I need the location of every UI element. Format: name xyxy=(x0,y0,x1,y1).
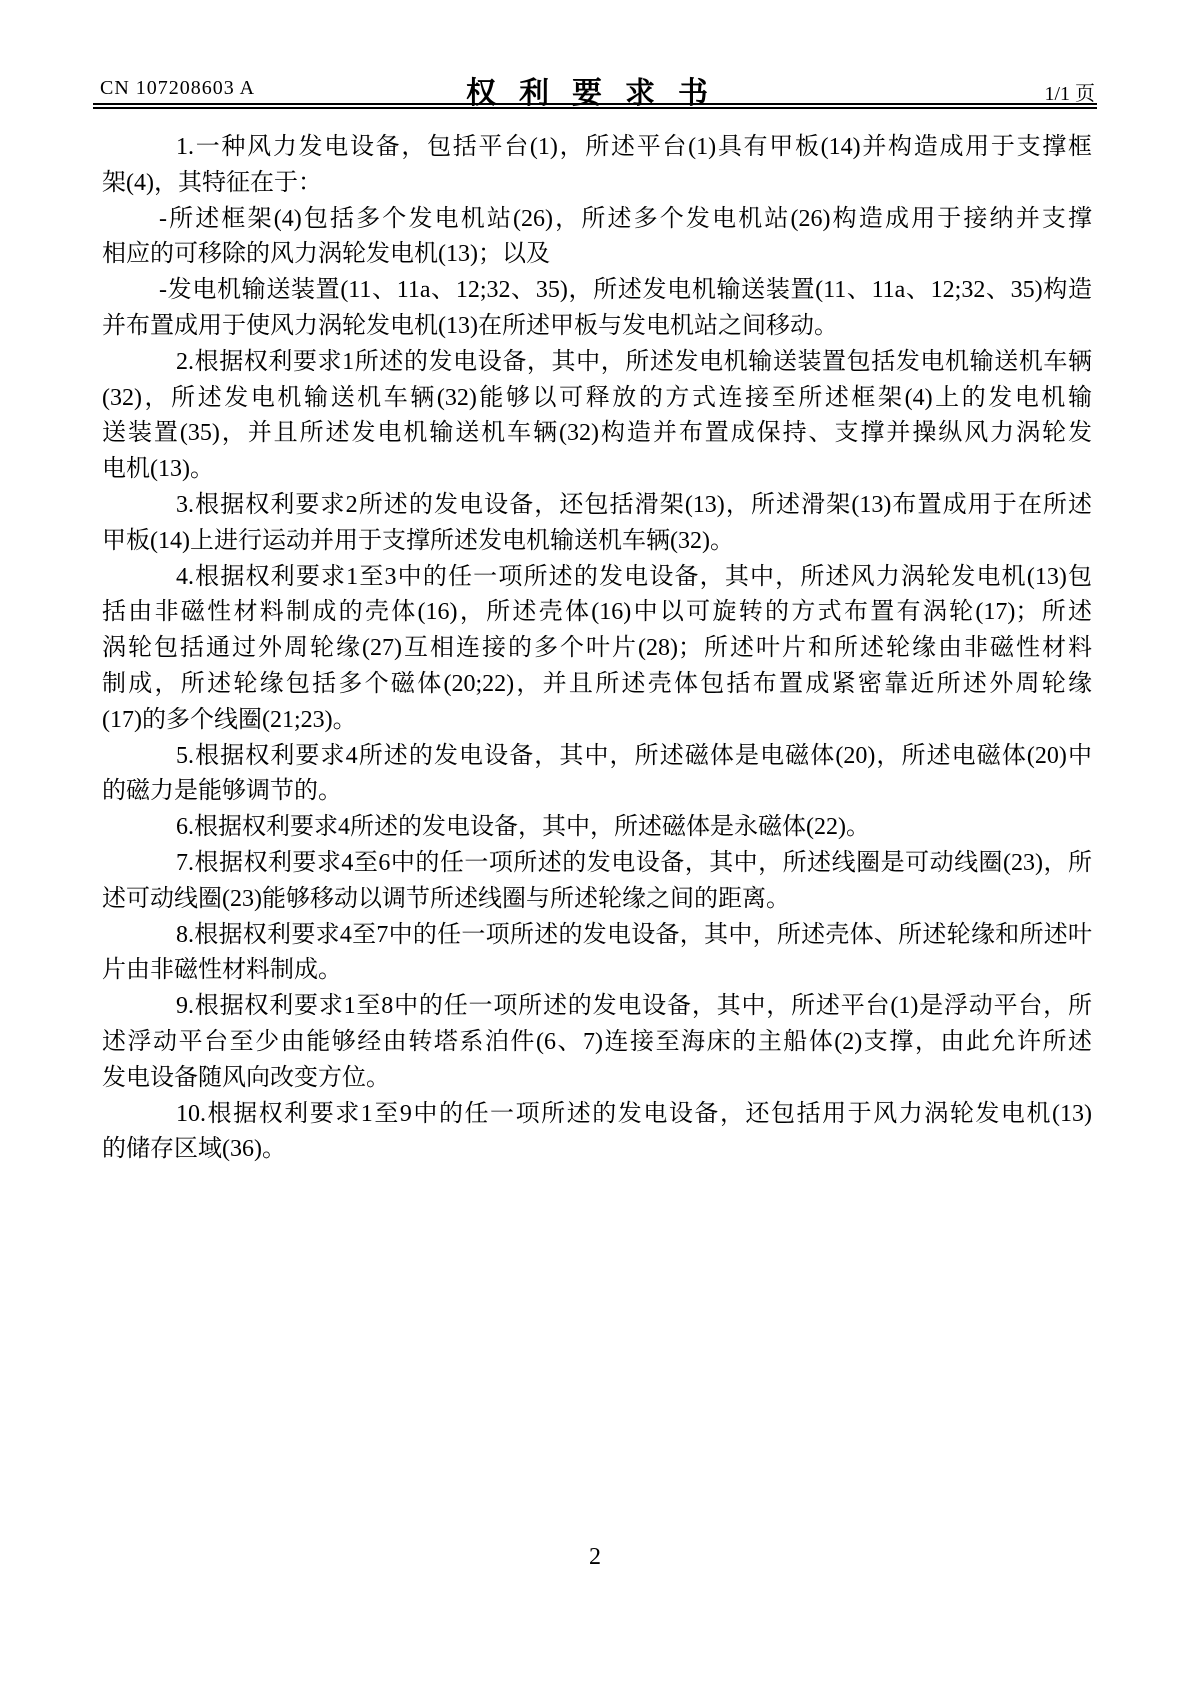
claim-line: 架(4)，其特征在于： xyxy=(102,166,1092,202)
claim-line: 的磁力是能够调节的。 xyxy=(102,774,1092,810)
claim-line: 5.根据权利要求4所述的发电设备，其中，所述磁体是电磁体(20)，所述电磁体(2… xyxy=(102,739,1092,775)
claim-line: 2.根据权利要求1所述的发电设备，其中，所述发电机输送装置包括发电机输送机车辆 xyxy=(102,345,1092,381)
claim-line: 3.根据权利要求2所述的发电设备，还包括滑架(13)，所述滑架(13)布置成用于… xyxy=(102,488,1092,524)
claim-line: 发电设备随风向改变方位。 xyxy=(102,1061,1092,1097)
claim-line: (17)的多个线圈(21;23)。 xyxy=(102,703,1092,739)
claim-line: 8.根据权利要求4至7中的任一项所述的发电设备，其中，所述壳体、所述轮缘和所述叶 xyxy=(102,918,1092,954)
claim-line: 4.根据权利要求1至3中的任一项所述的发电设备，其中，所述风力涡轮发电机(13)… xyxy=(102,560,1092,596)
claim-line: 7.根据权利要求4至6中的任一项所述的发电设备，其中，所述线圈是可动线圈(23)… xyxy=(102,846,1092,882)
claim-line: 9.根据权利要求1至8中的任一项所述的发电设备，其中，所述平台(1)是浮动平台，… xyxy=(102,989,1092,1025)
claim-line: 述可动线圈(23)能够移动以调节所述线圈与所述轮缘之间的距离。 xyxy=(102,882,1092,918)
page-footer: 2 xyxy=(0,1544,1190,1571)
doc-number: CN 107208603 A xyxy=(100,77,255,100)
claim-line: 的储存区域(36)。 xyxy=(102,1132,1092,1168)
claim-line: 10.根据权利要求1至9中的任一项所述的发电设备，还包括用于风力涡轮发电机(13… xyxy=(102,1097,1092,1133)
claim-line: -发电机输送装置(11、11a、12;32、35)，所述发电机输送装置(11、1… xyxy=(102,273,1092,309)
claim-line: 制成，所述轮缘包括多个磁体(20;22)，并且所述壳体包括布置成紧密靠近所述外周… xyxy=(102,667,1092,703)
header-divider xyxy=(93,103,1097,109)
claim-line: 括由非磁性材料制成的壳体(16)，所述壳体(16)中以可旋转的方式布置有涡轮(1… xyxy=(102,595,1092,631)
claim-line: (32)，所述发电机输送机车辆(32)能够以可释放的方式连接至所述框架(4)上的… xyxy=(102,381,1092,417)
page-number: 2 xyxy=(589,1544,601,1570)
claim-line: 甲板(14)上进行运动并用于支撑所述发电机输送机车辆(32)。 xyxy=(102,524,1092,560)
claim-line: 相应的可移除的风力涡轮发电机(13)；以及 xyxy=(102,237,1092,273)
claims-body: 1.一种风力发电设备，包括平台(1)，所述平台(1)具有甲板(14)并构造成用于… xyxy=(102,130,1092,1168)
claim-line: 并布置成用于使风力涡轮发电机(13)在所述甲板与发电机站之间移动。 xyxy=(102,309,1092,345)
claim-line: -所述框架(4)包括多个发电机站(26)，所述多个发电机站(26)构造成用于接纳… xyxy=(102,202,1092,238)
patent-claims-page: CN 107208603 A 权利要求书 1/1 页 1.一种风力发电设备，包括… xyxy=(0,0,1190,1684)
claim-line: 片由非磁性材料制成。 xyxy=(102,953,1092,989)
page-header: CN 107208603 A 权利要求书 1/1 页 xyxy=(100,68,1095,104)
claim-line: 1.一种风力发电设备，包括平台(1)，所述平台(1)具有甲板(14)并构造成用于… xyxy=(102,130,1092,166)
claim-line: 涡轮包括通过外周轮缘(27)互相连接的多个叶片(28)；所述叶片和所述轮缘由非磁… xyxy=(102,631,1092,667)
claim-line: 送装置(35)，并且所述发电机输送机车辆(32)构造并布置成保持、支撑并操纵风力… xyxy=(102,416,1092,452)
claim-line: 电机(13)。 xyxy=(102,452,1092,488)
claim-line: 述浮动平台至少由能够经由转塔系泊件(6、7)连接至海床的主船体(2)支撑，由此允… xyxy=(102,1025,1092,1061)
claim-line: 6.根据权利要求4所述的发电设备，其中，所述磁体是永磁体(22)。 xyxy=(102,810,1092,846)
page-indicator: 1/1 页 xyxy=(1044,77,1095,106)
